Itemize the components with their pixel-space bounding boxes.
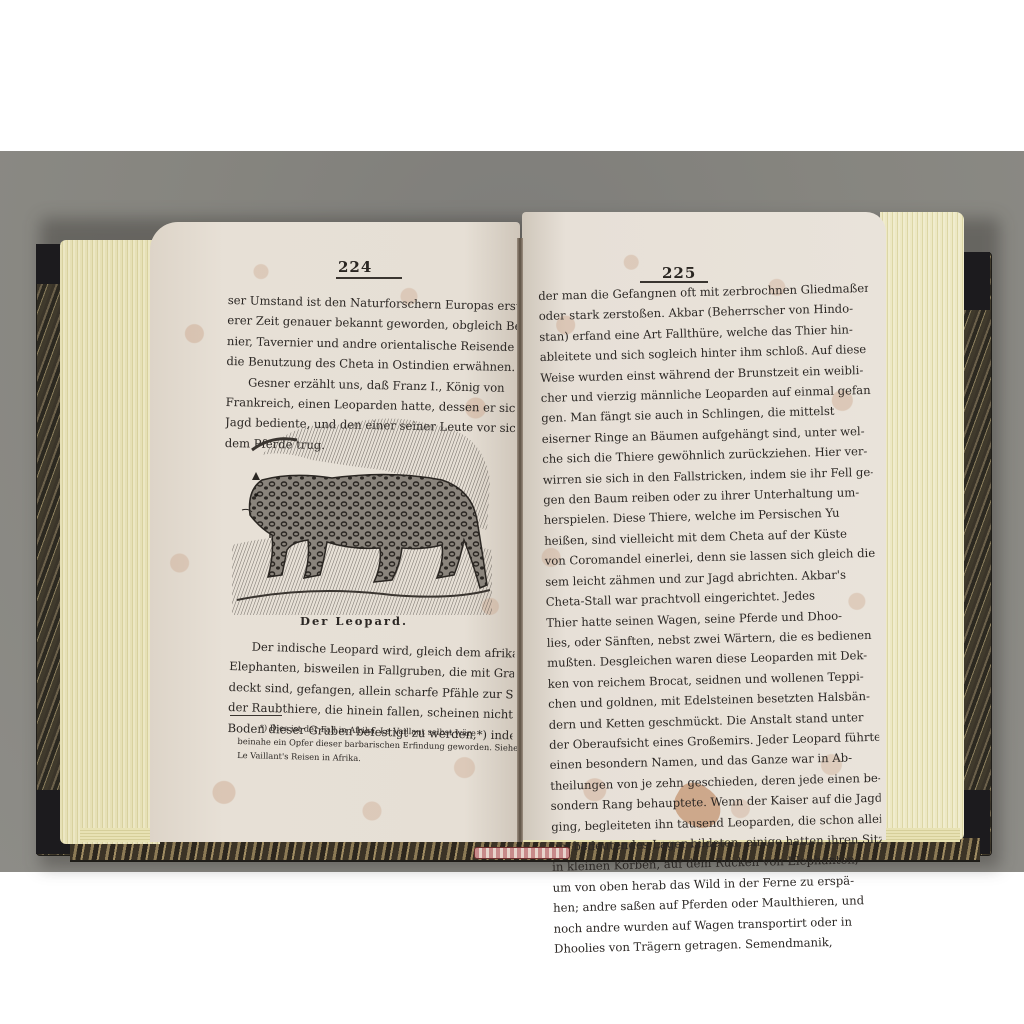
footnote: *) Dies ist der Fall in Afrika. Le Vaill… [237,720,523,769]
right-page-block-edge [880,212,964,840]
left-page-number-rule [336,277,402,279]
right-page-text: der man die Gefangnen oft mit zerbrochne… [538,278,884,959]
left-page-block-edge [60,240,160,844]
illustration-caption: Der Leopard. [300,614,408,628]
right-page-number: 225 [662,264,696,282]
book-gutter [517,238,523,842]
footnote-rule [230,715,282,716]
leopard-woodcut-illustration [232,410,492,615]
left-page-number: 224 [338,258,372,276]
book-headband [474,847,570,859]
